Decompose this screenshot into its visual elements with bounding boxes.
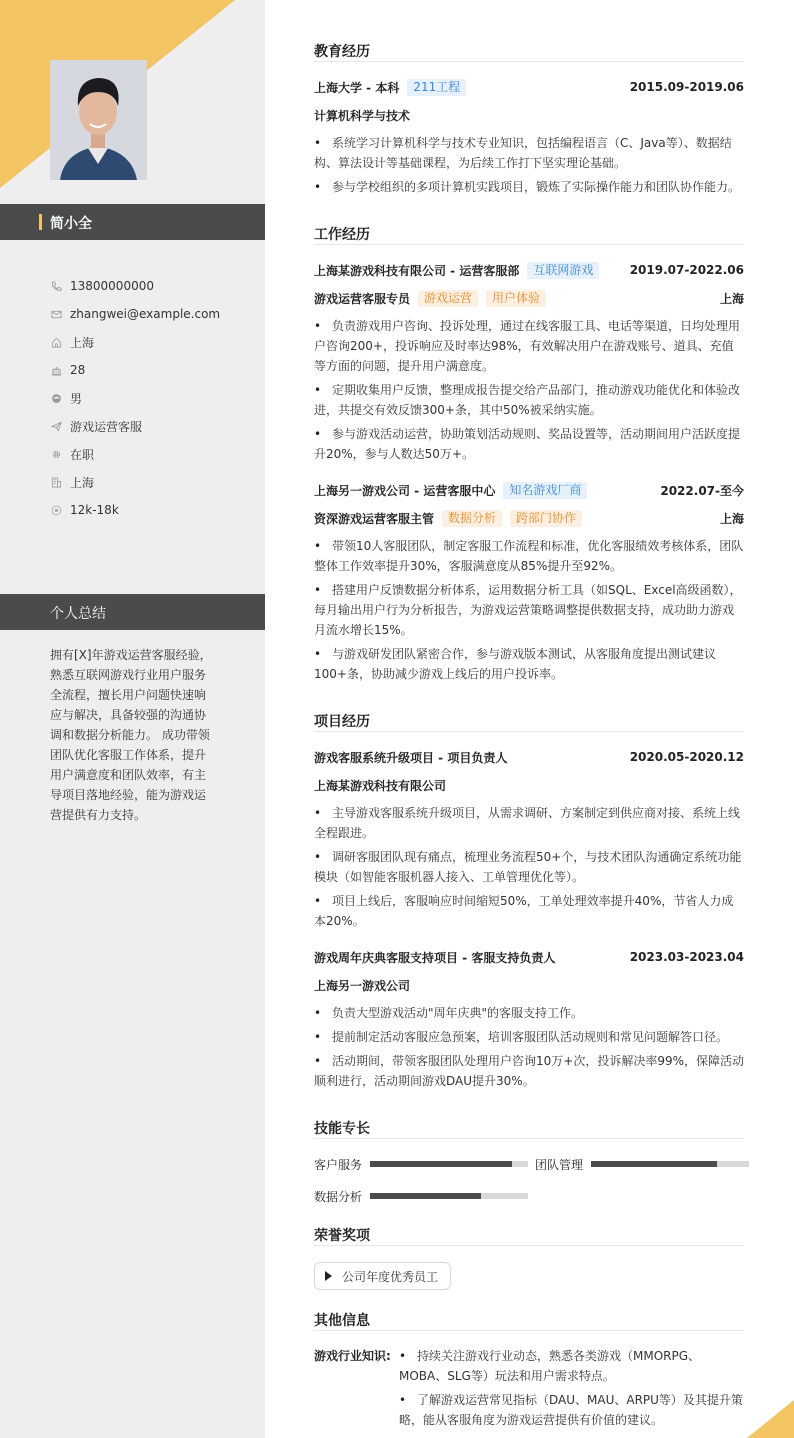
summary-header: 个人总结 (0, 594, 265, 630)
avatar (50, 60, 147, 180)
bullet-item: 了解游戏运营常见指标（DAU、MAU、ARPU等）及其提升策略，能从客服角度为游… (399, 1390, 744, 1430)
sidebar: 简小全 13800000000 zhangwei@example.com 上海 … (0, 0, 265, 1438)
phone-icon (50, 280, 62, 292)
bullet-item: 系统学习计算机科学与技术专业知识，包括编程语言（C、Java等）、数据结构、算法… (314, 133, 744, 173)
summary-title: 个人总结 (50, 603, 106, 623)
bullet-item: 定期收集用户反馈，整理成报告提交给产品部门，推动游戏功能优化和体验改进，共提交有… (314, 380, 744, 420)
bullet-item: 与游戏研发团队紧密合作，参与游戏版本测试，从客服角度提出测试建议100+条，协助… (314, 644, 744, 684)
decorative-corner-triangle (747, 1400, 794, 1438)
school-name: 上海大学 - 本科 (314, 79, 399, 96)
contact-value: 上海 (70, 474, 94, 491)
skill-fill (591, 1161, 717, 1167)
skill-bar (370, 1161, 528, 1167)
work-bullets: 负责游戏用户咨询、投诉处理，通过在线客服工具、电话等渠道，日均处理用户咨询200… (314, 316, 744, 468)
skill-tag: 游戏运营 (418, 290, 478, 307)
work-header: 上海另一游戏公司 - 运营客服中心 知名游戏厂商 2022.07-至今 (314, 480, 744, 500)
contact-value: 在职 (70, 446, 94, 463)
contact-phone: 13800000000 (50, 272, 220, 300)
major: 计算机科学与技术 (314, 107, 410, 124)
bullet-item: 项目上线后，客服响应时间缩短50%，工单处理效率提升40%，节省人力成本20%。 (314, 891, 744, 931)
contact-salary: 12k-18k (50, 496, 220, 524)
project-company: 上海某游戏科技有限公司 (314, 777, 446, 794)
contact-email: zhangwei@example.com (50, 300, 220, 328)
section-title-education: 教育经历 (314, 41, 370, 61)
contact-value: 游戏运营客服 (70, 418, 142, 435)
contact-location: 上海 (50, 328, 220, 356)
section-title-honors: 荣誉奖项 (314, 1225, 370, 1245)
bullet-item: 提前制定活动客服应急预案，培训客服团队活动规则和常见问题解答口径。 (314, 1027, 744, 1047)
work-period: 2022.07-至今 (660, 482, 744, 499)
gender-icon (50, 392, 62, 404)
education-header: 上海大学 - 本科 211工程 2015.09-2019.06 (314, 77, 744, 97)
skill-name: 数据分析 (314, 1188, 362, 1205)
project-header: 游戏周年庆典客服支持项目 - 客服支持负责人 2023.03-2023.04 (314, 947, 744, 967)
company-tag: 知名游戏厂商 (503, 482, 587, 499)
bullet-item: 带领10人客服团队，制定客服工作流程和标准，优化客服绩效考核体系，团队整体工作效… (314, 536, 744, 576)
profile-name: 简小全 (50, 213, 92, 233)
contact-value: 上海 (70, 334, 94, 351)
award-item[interactable]: 公司年度优秀员工 (314, 1262, 451, 1290)
contact-age: 28 (50, 356, 220, 384)
bullet-item: 负责游戏用户咨询、投诉处理，通过在线客服工具、电话等渠道，日均处理用户咨询200… (314, 316, 744, 376)
section-divider (314, 1138, 744, 1139)
project-header: 游戏客服系统升级项目 - 项目负责人 2020.05-2020.12 (314, 747, 744, 767)
other-label: 游戏行业知识: (314, 1346, 391, 1366)
summary-text: 拥有[X]年游戏运营客服经验，熟悉互联网游戏行业用户服务全流程，擅长用户问题快速… (50, 645, 215, 825)
skill-tag: 用户体验 (486, 290, 546, 307)
bullet-item: 主导游戏客服系统升级项目，从需求调研、方案制定到供应商对接、系统上线全程跟进。 (314, 803, 744, 843)
skill-item: 数据分析 (314, 1186, 528, 1206)
section-title-other: 其他信息 (314, 1310, 370, 1330)
project-name: 游戏周年庆典客服支持项目 - 客服支持负责人 (314, 949, 555, 966)
bullet-item: 参与游戏活动运营，协助策划活动规则、奖品设置等，活动期间用户活跃度提升20%，参… (314, 424, 744, 464)
education-bullets: 系统学习计算机科学与技术专业知识，包括编程语言（C、Java等）、数据结构、算法… (314, 133, 744, 201)
work-period: 2019.07-2022.06 (630, 263, 744, 277)
contact-value: 13800000000 (70, 279, 154, 293)
contact-value: 男 (70, 390, 82, 407)
bullet-item: 负责大型游戏活动"周年庆典"的客服支持工作。 (314, 1003, 744, 1023)
section-title-work: 工作经历 (314, 224, 370, 244)
skill-item: 客户服务 (314, 1154, 528, 1174)
project-name: 游戏客服系统升级项目 - 项目负责人 (314, 749, 507, 766)
work-location: 上海 (720, 510, 744, 527)
salary-icon (50, 504, 62, 516)
name-header: 简小全 (0, 204, 265, 240)
age-icon (50, 364, 62, 376)
skill-name: 团队管理 (535, 1156, 583, 1173)
skill-bar (591, 1161, 749, 1167)
company-name: 上海另一游戏公司 - 运营客服中心 (314, 482, 495, 499)
home-icon (50, 336, 62, 348)
contact-value: zhangwei@example.com (70, 307, 220, 321)
position-row: 游戏运营客服专员 游戏运营 用户体验 上海 (314, 288, 744, 308)
project-period: 2023.03-2023.04 (630, 950, 744, 964)
project-bullets: 负责大型游戏活动"周年庆典"的客服支持工作。 提前制定活动客服应急预案，培训客服… (314, 1003, 744, 1095)
project-company: 上海另一游戏公司 (314, 977, 410, 994)
work-location: 上海 (720, 290, 744, 307)
work-header: 上海某游戏科技有限公司 - 运营客服部 互联网游戏 2019.07-2022.0… (314, 260, 744, 280)
contact-list: 13800000000 zhangwei@example.com 上海 28 男… (50, 272, 220, 524)
bullet-item: 参与学校组织的多项计算机实践项目，锻炼了实际操作能力和团队协作能力。 (314, 177, 744, 197)
project-bullets: 主导游戏客服系统升级项目，从需求调研、方案制定到供应商对接、系统上线全程跟进。 … (314, 803, 744, 935)
contact-city: 上海 (50, 468, 220, 496)
company-tag: 互联网游戏 (527, 262, 599, 279)
skill-fill (370, 1193, 481, 1199)
bullet-item: 活动期间，带领客服团队处理用户咨询10万+次，投诉解决率99%，保障活动顺利进行… (314, 1051, 744, 1091)
bullet-item: 搭建用户反馈数据分析体系，运用数据分析工具（如SQL、Excel高级函数），每月… (314, 580, 744, 640)
contact-value: 12k-18k (70, 503, 119, 517)
major-row: 计算机科学与技术 (314, 105, 744, 125)
education-period: 2015.09-2019.06 (630, 80, 744, 94)
section-title-skills: 技能专长 (314, 1118, 370, 1138)
bullet-item: 调研客服团队现有痛点，梳理业务流程50+个，与技术团队沟通确定系统功能模块（如智… (314, 847, 744, 887)
position: 游戏运营客服专员 (314, 290, 410, 307)
send-icon (50, 420, 62, 432)
skill-tag: 数据分析 (442, 510, 502, 527)
contact-status: 在职 (50, 440, 220, 468)
section-divider (314, 731, 744, 732)
skill-fill (370, 1161, 512, 1167)
contact-job-target: 游戏运营客服 (50, 412, 220, 440)
gear-icon (50, 448, 62, 460)
section-divider (314, 1245, 744, 1246)
contact-value: 28 (70, 363, 85, 377)
contact-gender: 男 (50, 384, 220, 412)
name-accent-bar (39, 214, 42, 230)
position: 资深游戏运营客服主管 (314, 510, 434, 527)
project-period: 2020.05-2020.12 (630, 750, 744, 764)
project-company-row: 上海某游戏科技有限公司 (314, 775, 744, 795)
section-divider (314, 1330, 744, 1331)
play-triangle-icon (325, 1271, 332, 1281)
section-title-projects: 项目经历 (314, 711, 370, 731)
building-icon (50, 476, 62, 488)
school-tag: 211工程 (407, 79, 466, 96)
award-label: 公司年度优秀员工 (342, 1268, 438, 1285)
position-row: 资深游戏运营客服主管 数据分析 跨部门协作 上海 (314, 508, 744, 528)
company-name: 上海某游戏科技有限公司 - 运营客服部 (314, 262, 519, 279)
project-company-row: 上海另一游戏公司 (314, 975, 744, 995)
section-divider (314, 61, 744, 62)
section-divider (314, 244, 744, 245)
other-bullets: 持续关注游戏行业动态，熟悉各类游戏（MMORPG、MOBA、SLG等）玩法和用户… (399, 1346, 744, 1434)
skill-name: 客户服务 (314, 1156, 362, 1173)
skill-tag: 跨部门协作 (510, 510, 582, 527)
work-bullets: 带领10人客服团队，制定客服工作流程和标准，优化客服绩效考核体系，团队整体工作效… (314, 536, 744, 688)
skill-item: 团队管理 (535, 1154, 749, 1174)
mail-icon (50, 308, 62, 320)
bullet-item: 持续关注游戏行业动态，熟悉各类游戏（MMORPG、MOBA、SLG等）玩法和用户… (399, 1346, 744, 1386)
skill-bar (370, 1193, 528, 1199)
